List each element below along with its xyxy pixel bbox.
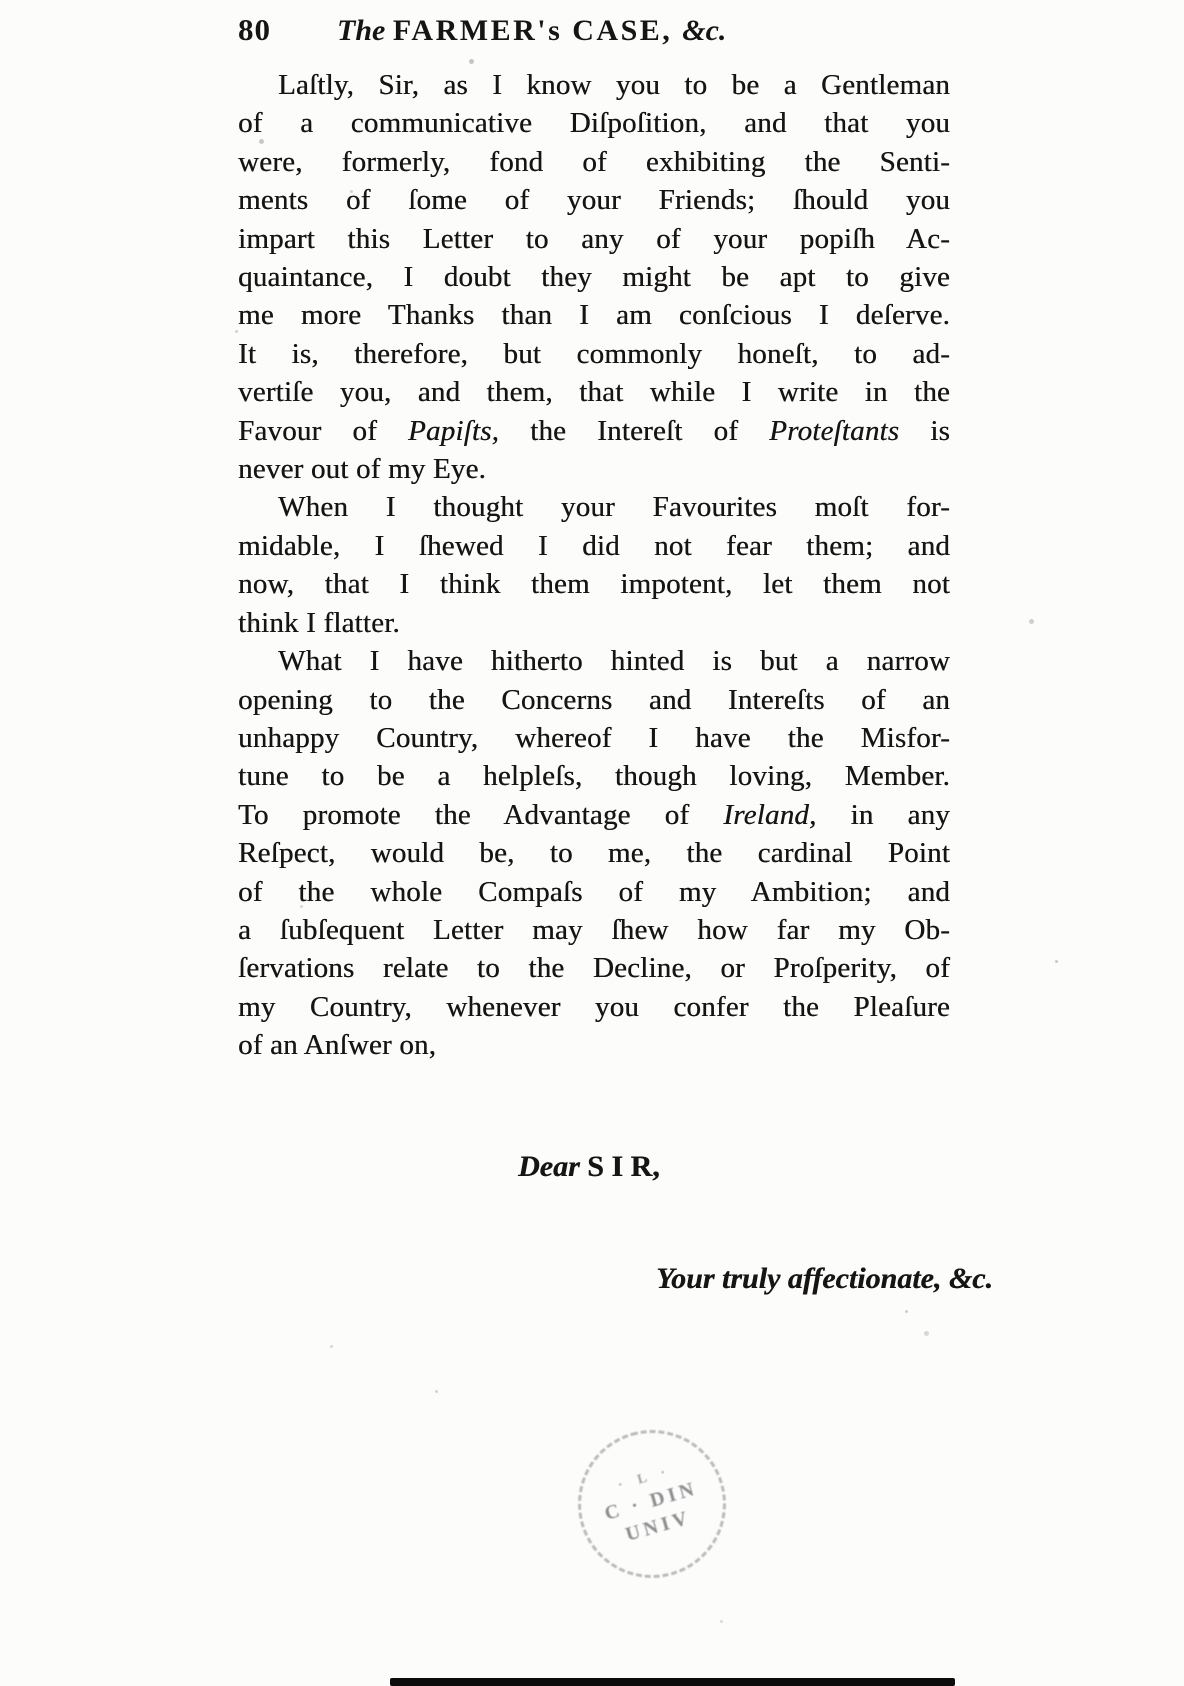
text-segment: of an Anſwer on, bbox=[238, 1029, 436, 1061]
text-segment: of the whole Compaſs of my Ambition; and bbox=[238, 876, 950, 908]
italic-text-segment: The bbox=[337, 14, 393, 47]
text-segment: never out of my Eye. bbox=[238, 453, 486, 485]
library-stamp-icon: · L · C · DIN UNIV bbox=[560, 1412, 743, 1595]
text-segment: were, formerly, fond of exhibiting the S… bbox=[238, 146, 950, 178]
text-segment: me more Thanks than I am conſcious I deſ… bbox=[238, 299, 950, 331]
text-line: quaintance, I doubt they might be apt to… bbox=[238, 258, 950, 296]
text-line: of an Anſwer on, bbox=[238, 1026, 950, 1064]
text-segment: When I thought your Favourites moſt for- bbox=[278, 491, 950, 523]
text-segment: opening to the Concerns and Intereſts of… bbox=[238, 684, 950, 716]
text-segment: impart this Letter to any of your popiſh… bbox=[238, 223, 950, 255]
book-page: 80 The FARMER's CASE, &c. Laſtly, Sir, a… bbox=[0, 0, 1184, 1686]
text-line: of the whole Compaſs of my Ambition; and bbox=[238, 873, 950, 911]
text-segment: think I flatter. bbox=[238, 607, 400, 639]
text-segment: Favour of bbox=[238, 415, 408, 447]
text-line: tune to be a helpleſs, though loving, Me… bbox=[238, 757, 950, 795]
text-line: vertiſe you, and them, that while I writ… bbox=[238, 373, 950, 411]
text-line: To promote the Advantage of Ireland, in … bbox=[238, 796, 950, 834]
text-segment: quaintance, I doubt they might be apt to… bbox=[238, 261, 950, 293]
text-line: impart this Letter to any of your popiſh… bbox=[238, 220, 950, 258]
text-segment: S I R, bbox=[587, 1150, 660, 1183]
salutation-line: Dear S I R, bbox=[518, 1150, 660, 1184]
text-line: me more Thanks than I am conſcious I deſ… bbox=[238, 296, 950, 334]
text-segment: tune to be a helpleſs, though loving, Me… bbox=[238, 760, 950, 792]
text-line: never out of my Eye. bbox=[238, 450, 950, 488]
text-line: my Country, whenever you confer the Plea… bbox=[238, 988, 950, 1026]
page-header: 80 The FARMER's CASE, &c. bbox=[238, 12, 950, 60]
text-segment: is bbox=[899, 415, 950, 447]
italic-text-segment: Ireland, bbox=[723, 799, 816, 831]
text-line: now, that I think them impotent, let the… bbox=[238, 565, 950, 603]
text-line: ments of ſome of your Friends; ſhould yo… bbox=[238, 181, 950, 219]
text-segment: the Intereſt of bbox=[499, 415, 769, 447]
text-line: midable, I ſhewed I did not fear them; a… bbox=[238, 527, 950, 565]
italic-text-segment: Proteſtants bbox=[769, 415, 899, 447]
italic-text-segment: Papiſts, bbox=[408, 415, 499, 447]
text-segment: Reſpect, would be, to me, the cardinal P… bbox=[238, 837, 950, 869]
text-line: of a communicative Diſpoſition, and that… bbox=[238, 104, 950, 142]
text-segment: ments of ſome of your Friends; ſhould yo… bbox=[238, 184, 950, 216]
text-segment: my Country, whenever you confer the Plea… bbox=[238, 991, 950, 1023]
scan-edge-artifact bbox=[390, 1678, 955, 1686]
text-segment: a ſubſequent Letter may ſhew how far my … bbox=[238, 914, 950, 946]
text-line: It is, therefore, but commonly honeſt, t… bbox=[238, 335, 950, 373]
text-segment: of a communicative Diſpoſition, and that… bbox=[238, 107, 950, 139]
text-line: opening to the Concerns and Intereſts of… bbox=[238, 681, 950, 719]
text-segment: ſervations relate to the Decline, or Pro… bbox=[238, 952, 950, 984]
text-segment: Laſtly, Sir, as I know you to be a Gentl… bbox=[278, 69, 950, 101]
text-line: think I flatter. bbox=[238, 604, 950, 642]
text-line: a ſubſequent Letter may ſhew how far my … bbox=[238, 911, 950, 949]
text-segment: in any bbox=[816, 799, 950, 831]
text-line: What I have hitherto hinted is but a nar… bbox=[238, 642, 950, 680]
page-number: 80 bbox=[238, 12, 271, 48]
text-segment: midable, I ſhewed I did not fear them; a… bbox=[238, 530, 950, 562]
text-line: ſervations relate to the Decline, or Pro… bbox=[238, 949, 950, 987]
text-line: Reſpect, would be, to me, the cardinal P… bbox=[238, 834, 950, 872]
text-line: unhappy Country, whereof I have the Misf… bbox=[238, 719, 950, 757]
text-segment: It is, therefore, but commonly honeſt, t… bbox=[238, 338, 950, 370]
text-segment: now, that I think them impotent, let the… bbox=[238, 568, 950, 600]
text-line: Laſtly, Sir, as I know you to be a Gentl… bbox=[238, 66, 950, 104]
running-title: The FARMER's CASE, &c. bbox=[337, 14, 726, 48]
text-segment: unhappy Country, whereof I have the Misf… bbox=[238, 722, 950, 754]
signature-line: Your truly affectionate, &c. bbox=[238, 1262, 993, 1296]
text-line: When I thought your Favourites moſt for- bbox=[238, 488, 950, 526]
text-segment: To promote the Advantage of bbox=[238, 799, 723, 831]
text-line: Favour of Papiſts, the Intereſt of Prote… bbox=[238, 412, 950, 450]
italic-text-segment: Dear bbox=[518, 1150, 587, 1183]
text-line: were, formerly, fond of exhibiting the S… bbox=[238, 143, 950, 181]
letter-body: Laſtly, Sir, as I know you to be a Gentl… bbox=[238, 66, 950, 1065]
italic-text-segment: &c. bbox=[682, 14, 726, 47]
scan-speckles bbox=[0, 0, 3, 3]
text-segment: FARMER's CASE, bbox=[393, 14, 682, 47]
text-segment: What I have hitherto hinted is but a nar… bbox=[278, 645, 950, 677]
text-segment: vertiſe you, and them, that while I writ… bbox=[238, 376, 950, 408]
